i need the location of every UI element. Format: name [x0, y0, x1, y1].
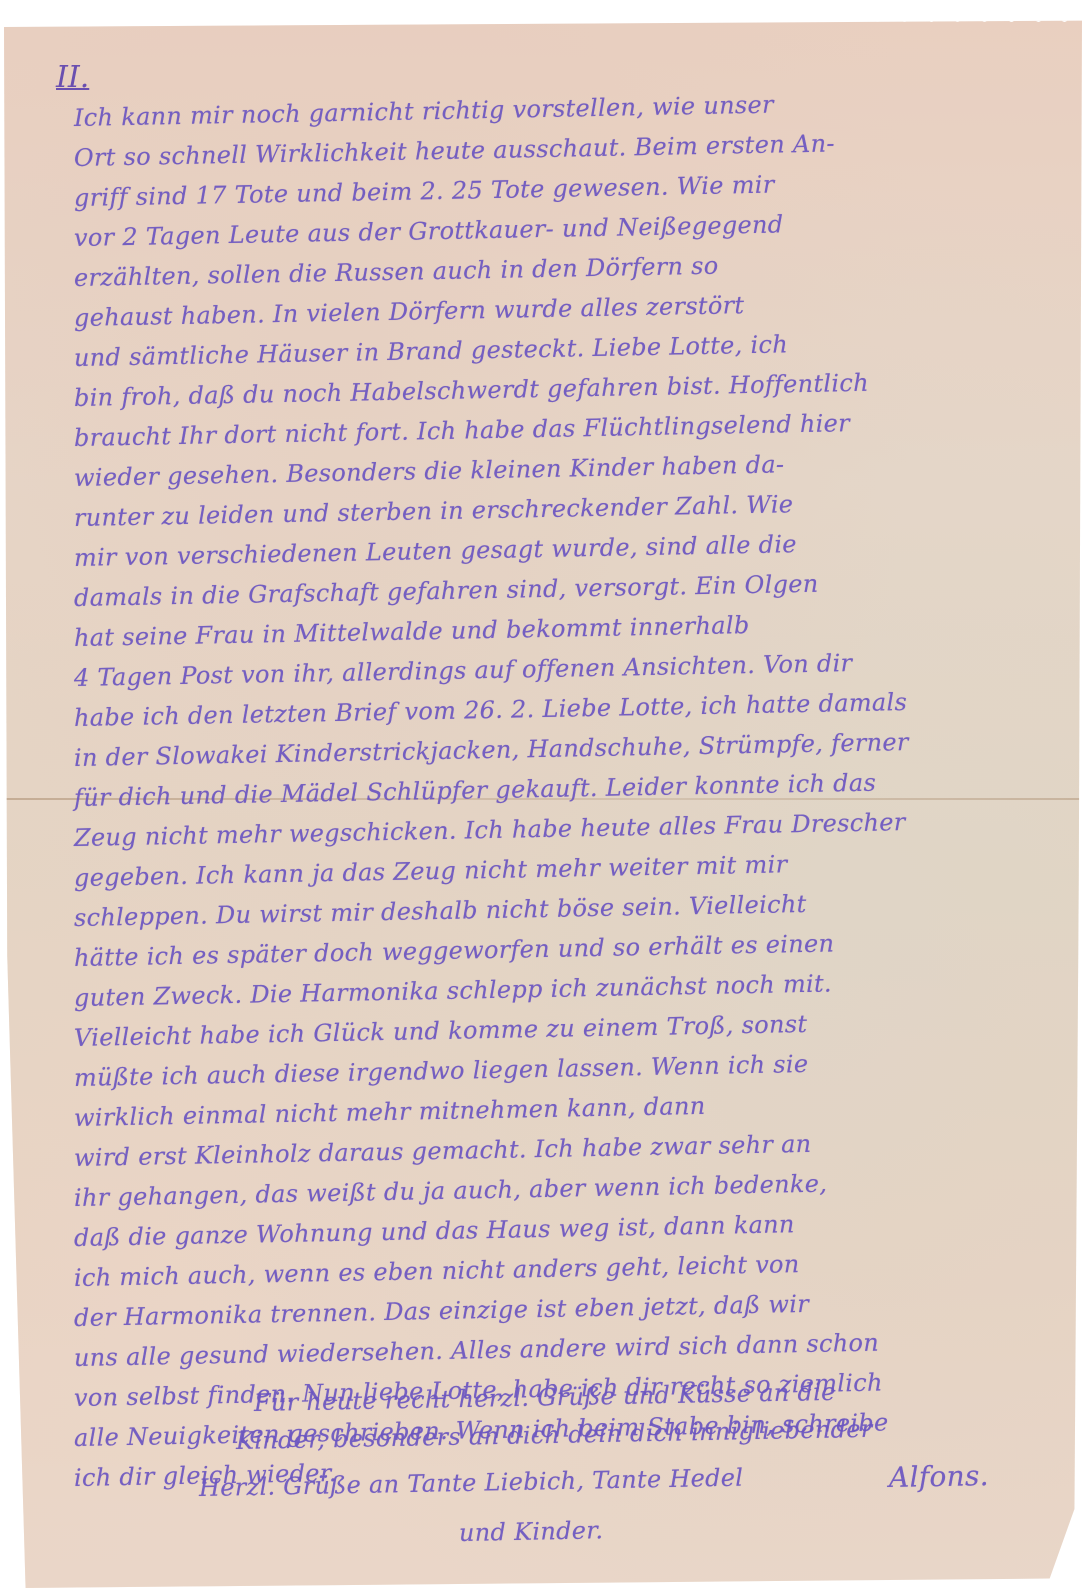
signature: Alfons.	[889, 1456, 990, 1498]
regards-line: und Kinder.	[459, 1510, 604, 1553]
perforated-edge	[4, 8, 1082, 30]
letter-body: Ich kann mir noch garnicht richtig vorst…	[74, 98, 1054, 1498]
letter-page: II. Ich kann mir noch garnicht richtig v…	[4, 8, 1082, 1588]
page-number: II.	[56, 60, 89, 95]
